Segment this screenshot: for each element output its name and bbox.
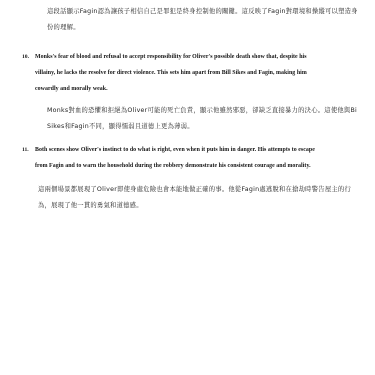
question-row: 11. Both scenes show Oliver's instinct t… [22,142,357,174]
text-line: Both scenes show Oliver's instinct to do… [35,142,357,158]
text-line: cowardly and morally weak. [35,81,357,97]
text-line: Monks對血的恐懼和拒絕為Oliver可能的死亡負責，顯示他雖然邪惡，卻缺乏直… [47,103,357,119]
question-text: Both scenes show Oliver's instinct to do… [35,142,357,174]
qa-item-11: 11. Both scenes show Oliver's instinct t… [22,142,357,214]
item-number: 11. [22,142,35,158]
document-page: 這段話顯示Fagin認為讓孩子相信自己是罪犯是終身控制他的關鍵。這反映了Fagi… [0,0,375,375]
text-line: Sikes和Fagin不同，顯得懦弱且道德上更為薄弱。 [47,119,357,135]
text-line: 這兩個場景都展現了Oliver即使身處危險也會本能地做正確的事。他從Fagin處… [38,182,357,198]
text-line: from Fagin and to warn the household dur… [35,158,357,174]
question-row: 10. Monks's fear of blood and refusal to… [22,49,357,97]
text-line: 這段話顯示Fagin認為讓孩子相信自己是罪犯是終身控制他的關鍵。這反映了Fagi… [47,4,357,20]
text-line: 為，展現了他一貫的勇氣和道德感。 [38,198,357,214]
answer-paragraph: Monks對血的恐懼和拒絕為Oliver可能的死亡負責，顯示他雖然邪惡，卻缺乏直… [47,103,357,135]
question-text: Monks's fear of blood and refusal to acc… [35,49,357,97]
qa-item-10: 10. Monks's fear of blood and refusal to… [22,49,357,135]
answer-paragraph: 這兩個場景都展現了Oliver即使身處危險也會本能地做正確的事。他從Fagin處… [38,182,357,214]
fagin-analysis-paragraph: 這段話顯示Fagin認為讓孩子相信自己是罪犯是終身控制他的關鍵。這反映了Fagi… [47,4,357,36]
text-line: villainy, he lacks the resolve for direc… [35,65,357,81]
item-number: 10. [22,49,35,65]
text-line: 份的理解。 [47,20,357,36]
text-line: Monks's fear of blood and refusal to acc… [35,49,357,65]
